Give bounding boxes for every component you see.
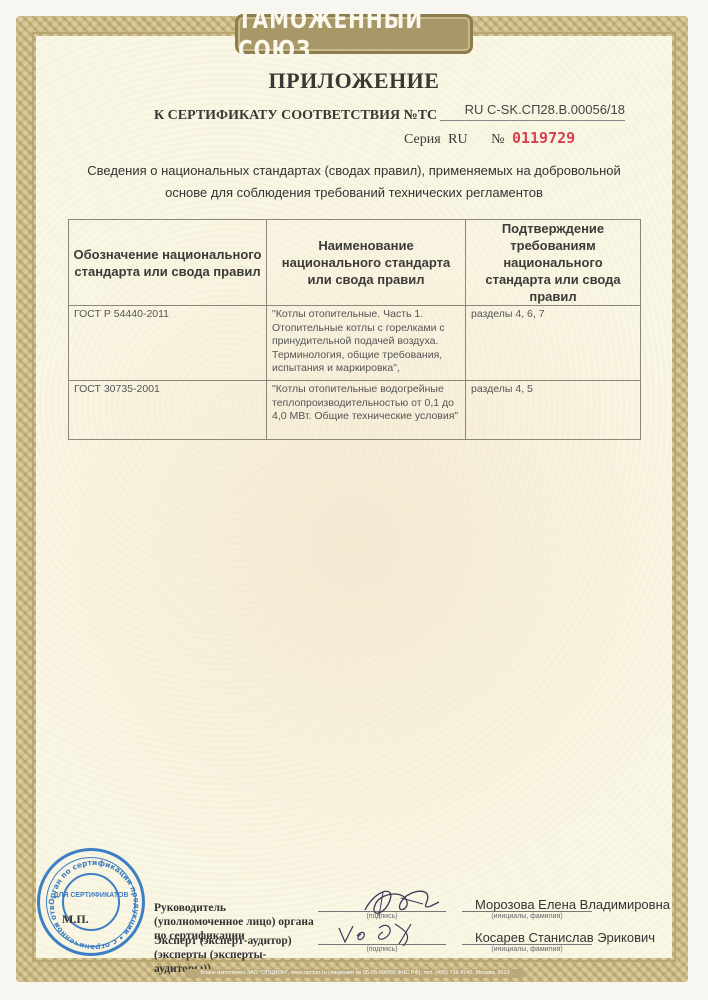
cell-confirmation: разделы 4, 6, 7 <box>466 306 641 381</box>
expert-name: Косарев Станислав Эрикович <box>475 930 655 945</box>
head-name-caption: (инициалы, фамилия) <box>462 913 592 920</box>
serial-number: 0119729 <box>512 129 575 147</box>
table-row: ГОСТ 30735-2001 "Котлы отопительные водо… <box>69 381 641 440</box>
intro-text: Сведения о национальных стандартах (свод… <box>70 160 638 204</box>
customs-union-badge: ТАМОЖЕННЫЙ СОЮЗ <box>235 14 473 54</box>
number-sign: № <box>491 132 504 147</box>
expert-name-caption: (инициалы, фамилия) <box>462 946 592 953</box>
series-line: Серия RU № 0119729 <box>404 129 575 148</box>
column-header-name: Наименование национального стандарта или… <box>267 220 466 306</box>
certificate-subtitle: К СЕРТИФИКАТУ СООТВЕТСТВИЯ №ТС <box>154 108 437 124</box>
stamp-center-text: ДЛЯ СЕРТИФИКАТОВ <box>40 891 142 900</box>
column-header-designation: Обозначение национального стандарта или … <box>69 220 267 306</box>
svg-text:Орган по сертификации продукци: Орган по сертификации продукции • с огра… <box>40 851 141 952</box>
certificate-number: RU C-SK.СП28.В.00056/18 <box>440 102 625 117</box>
cell-designation: ГОСТ 30735-2001 <box>69 381 267 440</box>
certificate-number-underline <box>440 120 625 121</box>
table-header-row: Обозначение национального стандарта или … <box>69 220 641 306</box>
cell-confirmation: разделы 4, 5 <box>466 381 641 440</box>
stamp-place-label: М.П. <box>62 912 89 927</box>
column-header-confirmation: Подтверждение требованиям национального … <box>466 220 641 306</box>
cell-name: "Котлы отопительные водогрейные теплопро… <box>267 381 466 440</box>
badge-text: ТАМОЖЕННЫЙ СОЮЗ <box>238 4 470 64</box>
head-name: Морозова Елена Владимировна <box>475 897 670 912</box>
table-row: ГОСТ Р 54440-2011 "Котлы отопительные. Ч… <box>69 306 641 381</box>
handwritten-signature-icon <box>335 880 445 950</box>
cell-name: "Котлы отопительные. Часть 1. Отопительн… <box>267 306 466 381</box>
certification-stamp: Орган по сертификации продукции • с огра… <box>37 848 145 956</box>
series-value: RU <box>448 132 467 147</box>
cell-designation: ГОСТ Р 54440-2011 <box>69 306 267 381</box>
page-title: ПРИЛОЖЕНИЕ <box>0 68 708 94</box>
stamp-ring-text-icon: Орган по сертификации продукции • с огра… <box>40 851 148 959</box>
standards-table: Обозначение национального стандарта или … <box>68 219 641 440</box>
printer-footer: Бланк изготовлен ЗАО "ОПЦИОН", www.opcio… <box>185 969 525 978</box>
series-label: Серия <box>404 132 441 147</box>
